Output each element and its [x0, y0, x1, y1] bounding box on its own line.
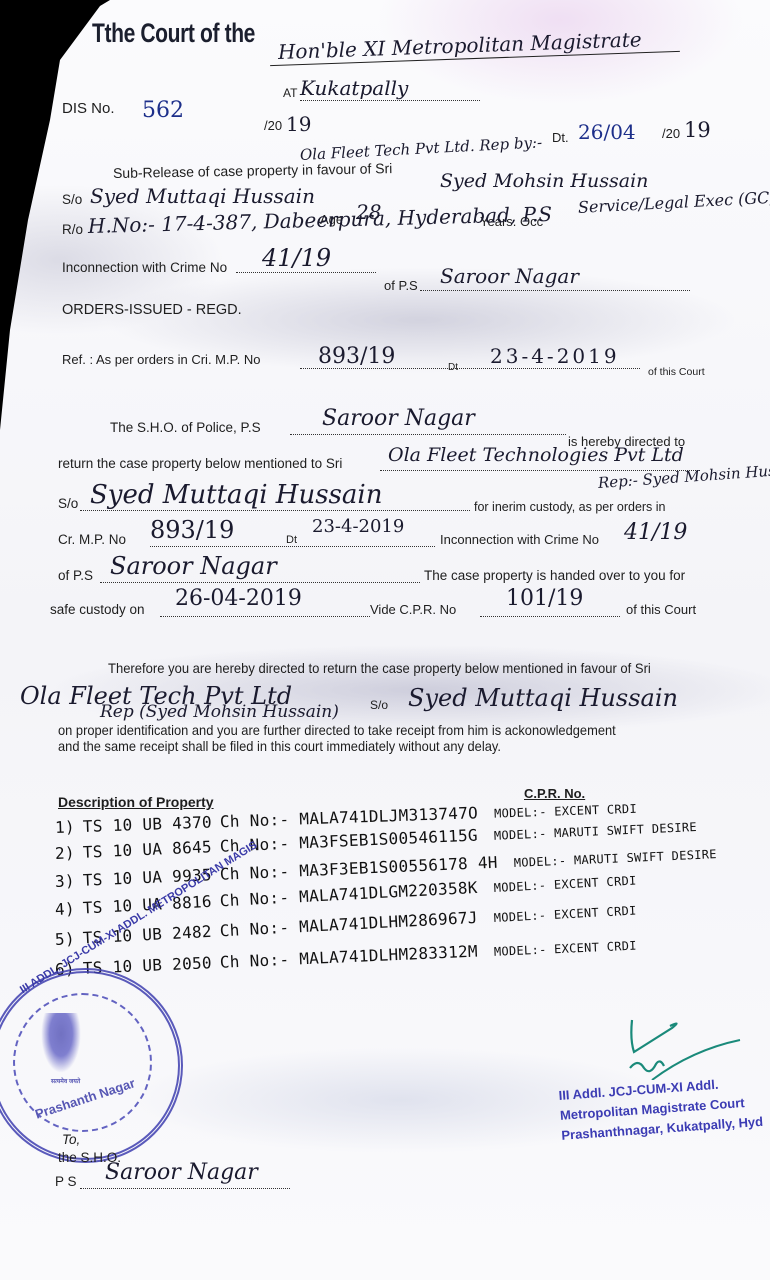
property-no: 4) [55, 899, 76, 919]
at-value: Kukatpally [300, 76, 408, 100]
to-label: To, [62, 1132, 80, 1147]
safe-dots [160, 616, 370, 617]
to-ps-dots [80, 1188, 290, 1189]
crmp-label: Cr. M.P. No [58, 532, 126, 547]
to-ps-value: Saroor Nagar [105, 1160, 258, 1185]
date-year-prefix: /20 [662, 126, 680, 141]
dis-no-value: 562 [142, 98, 184, 123]
directive-ps-value: Saroor Nagar [110, 552, 277, 580]
ps-dots [420, 290, 690, 291]
crime-dots [236, 272, 376, 273]
so-value: Syed Muttaqi Hussain [90, 184, 315, 208]
so-label: S/o [62, 192, 82, 207]
judge-signature-icon [612, 1010, 742, 1080]
cpr-dots [480, 616, 620, 617]
ref-mp-value: 893/19 [318, 344, 395, 369]
return-prefix: return the case property below mentioned… [58, 456, 342, 471]
directive-so-label: S/o [58, 496, 78, 511]
date-year-value: 19 [684, 118, 711, 142]
directive-ps-dots [100, 582, 420, 583]
therefore-line2: on proper identification and you are fur… [58, 722, 616, 738]
court-title: Tthe Court of the [92, 18, 255, 49]
therefore-line1: Therefore you are hereby directed to ret… [108, 660, 651, 676]
directive-crime-value: 41/19 [624, 520, 687, 545]
property-no: 1) [55, 817, 76, 837]
dis-year-value: 19 [286, 112, 311, 136]
ps-value: Saroor Nagar [440, 264, 579, 288]
dis-no-label: DIS No. [62, 100, 115, 117]
property-no: 2) [55, 843, 76, 863]
return-value: Ola Fleet Technologies Pvt Ltd [388, 444, 684, 466]
property-no: 5) [55, 929, 76, 949]
ref-label: Ref. : As per orders in Cri. M.P. No [62, 352, 260, 367]
date-value: 26/04 [578, 120, 636, 144]
cpr-suffix: of this Court [626, 602, 696, 617]
crmp-dt-value: 23-4-2019 [312, 516, 404, 537]
cpr-value: 101/19 [506, 586, 583, 611]
at-label: AT [283, 86, 297, 100]
sho-ps-value: Saroor Nagar [322, 406, 475, 431]
interim-text: for inerim custody, as per orders in [474, 500, 666, 514]
therefore-so-label: S/o [370, 698, 388, 712]
date-label: Dt. [552, 130, 569, 145]
sho-prefix: The S.H.O. of Police, P.S [110, 420, 261, 435]
directive-so-dots [80, 510, 470, 511]
orders-issued: ORDERS-ISSUED - REGD. [62, 302, 242, 318]
property-heading: Description of Property [58, 794, 214, 810]
ref-dt-label: Dt [448, 362, 458, 373]
directive-so-value: Syed Muttaqi Hussain [90, 480, 382, 510]
favour-name: Syed Mohsin Hussain [440, 170, 648, 192]
ro-label: R/o [62, 222, 83, 237]
crmp-value: 893/19 [150, 516, 234, 544]
cpr-label: Vide C.P.R. No [370, 602, 456, 617]
ps-label: of P.S [384, 278, 418, 293]
ref-dt-value: 23-4-2019 [490, 344, 620, 368]
safe-label: safe custody on [50, 602, 145, 617]
stamp-emblem-caption: सत्यमेव जयते [51, 1077, 80, 1085]
therefore-line3: and the same receipt shall be filed in t… [58, 738, 501, 754]
handed-text: The case property is handed over to you … [424, 568, 685, 583]
safe-value: 26-04-2019 [175, 586, 302, 611]
dis-year-prefix: /20 [264, 118, 282, 133]
crime-value: 41/19 [262, 244, 331, 272]
crime-label: Inconnection with Crime No [62, 260, 227, 275]
ref-suffix: of this Court [648, 366, 705, 378]
directive-ps-label: of P.S [58, 568, 93, 583]
therefore-rep-value: Rep (Syed Mohsin Hussain) [100, 702, 339, 722]
to-ps-label: P S [55, 1174, 77, 1189]
cpr-heading: C.P.R. No. [524, 786, 585, 801]
directive-crime-label: Inconnection with Crime No [440, 532, 599, 547]
therefore-so-value: Syed Muttaqi Hussain [408, 684, 678, 712]
sho-dots [290, 434, 566, 435]
at-dots [300, 100, 480, 101]
crmp-dt-label: Dt [286, 534, 297, 546]
national-emblem-icon [41, 1013, 81, 1073]
property-no: 3) [55, 871, 76, 891]
crmp-dots [150, 546, 435, 547]
